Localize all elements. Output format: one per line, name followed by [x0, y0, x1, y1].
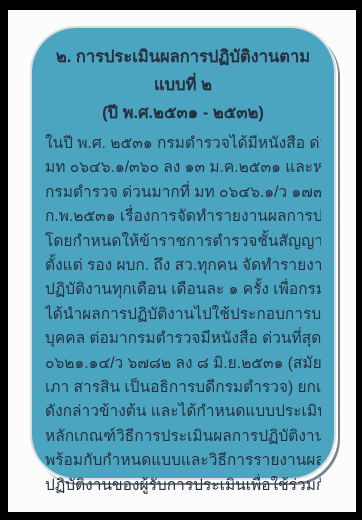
body-text-line: ดังกล่าวข้างต้น และได้กำหนดแบบประเมินและ: [45, 400, 321, 424]
body-text-line: ได้นำผลการปฏิบัติงานไปใช้ประกอบการบริหาร…: [45, 303, 321, 327]
body-text: ในปี พ.ศ. ๒๕๓๑ กรมตำรวจได้มีหนังสือ ด่วน…: [45, 132, 321, 498]
body-text-line: กรมตำรวจ ด่วนมากที่ มท ๐๖๔๖.๑/ว ๑๗๗๘ ลง …: [45, 181, 321, 205]
body-text-line: พร้อมกับกำหนดแบบและวิธีการรายงานผลการ: [45, 449, 321, 473]
body-text-line: หลักเกณฑ์วิธีการประเมินผลการปฏิบัติงานขึ…: [45, 425, 321, 449]
section-heading: ๒. การประเมินผลการปฏิบัติงานตามแบบที่ ๒ …: [45, 43, 321, 127]
body-text-line: โดยกำหนดให้ข้าราชการตำรวจชั้นสัญญาบัตรตำ…: [45, 230, 321, 254]
body-text-line: ตั้งแต่ รอง ผบก. ถึง สว.ทุกคน จัดทำรายงา…: [45, 254, 321, 278]
content-card: ๒. การประเมินผลการปฏิบัติงานตามแบบที่ ๒ …: [30, 26, 336, 480]
section-heading-line2: (ปี พ.ศ.๒๕๓๑ - ๒๕๓๒): [45, 99, 321, 127]
page-background: ๒. การประเมินผลการปฏิบัติงานตามแบบที่ ๒ …: [8, 10, 356, 512]
body-text-line: บุคคล ต่อมากรมตำรวจมีหนังสือ ด่วนที่สุด …: [45, 327, 321, 351]
body-text-line: ก.พ.๒๕๓๑ เรื่องการจัดทำรายงานผลการปฏิบัต…: [45, 205, 321, 229]
body-text-line: ๐๖๒๑.๑๔/ว ๖๗๘๒ ลง ๘ มิ.ย.๒๕๓๑ (สมัย พล.ต…: [45, 352, 321, 376]
section-heading-line1: ๒. การประเมินผลการปฏิบัติงานตามแบบที่ ๒: [45, 43, 321, 99]
document-page: { "card": { "heading_line1": "๒. การประเ…: [0, 0, 362, 520]
body-text-line: ปฏิบัติงานของผู้รับการประเมินเพื่อใช้ร่ว…: [45, 474, 321, 498]
body-text-line: เภา สารสิน เป็นอธิการบดีกรมตำรวจ) ยกเลิก…: [45, 376, 321, 400]
body-text-line: มท ๐๖๔๖.๑/๓๖๐ ลง ๑๓ ม.ค.๒๕๓๑ และหนังสือ: [45, 156, 321, 180]
body-text-line: ในปี พ.ศ. ๒๕๓๑ กรมตำรวจได้มีหนังสือ ด่วน…: [45, 132, 321, 156]
body-text-line: ปฏิบัติงานทุกเดือน เดือนละ ๑ ครั้ง เพื่อ…: [45, 278, 321, 302]
